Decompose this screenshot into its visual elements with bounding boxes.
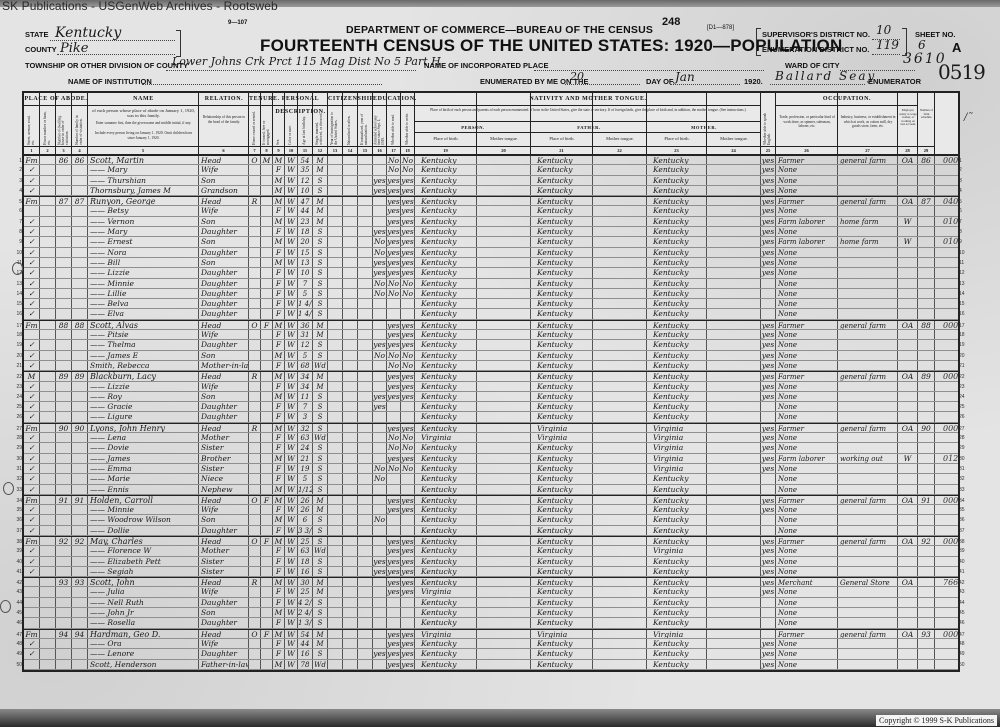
cell-occ: None — [776, 361, 838, 370]
line-number-right: 10 — [959, 248, 970, 258]
cell-fam — [72, 176, 88, 185]
cell-name: —— Julia — [88, 587, 199, 596]
cell-fmt — [593, 639, 647, 648]
cell-house — [40, 649, 56, 658]
cell-sch: yes — [373, 258, 387, 267]
line-number-right: 4 — [959, 186, 970, 196]
line-number-right: 21 — [959, 361, 970, 371]
cell-fpob: Kentucky — [531, 289, 593, 298]
cell-name: —— Betsy — [88, 206, 199, 215]
cell-farm — [918, 587, 935, 596]
cell-mpob: Kentucky — [647, 567, 707, 576]
cell-race: W — [285, 321, 298, 329]
cell-mmt — [707, 578, 761, 586]
column-number: 27 — [838, 146, 897, 154]
line-number-right: 46 — [959, 618, 970, 628]
cell-mpob: Kentucky — [647, 309, 707, 318]
cell-mort — [261, 372, 273, 380]
cell-mort — [261, 186, 273, 195]
cell-nat — [343, 197, 358, 205]
cell-age: 5 — [298, 351, 313, 360]
cell-fmt — [593, 268, 647, 277]
cell-emp — [898, 382, 918, 391]
line-number-right: 3 — [959, 176, 970, 186]
cell-dw: 94 — [56, 630, 72, 638]
cell-mort — [261, 402, 273, 411]
cell-sex: F — [273, 526, 285, 535]
cell-pob: Kentucky — [415, 639, 477, 648]
abode-group: PLACE OF ABODE. — [24, 93, 88, 106]
cell-own — [249, 474, 261, 483]
cell-occ: None — [776, 206, 838, 215]
cell-mt — [477, 237, 531, 246]
cell-mpob: Kentucky — [647, 258, 707, 267]
line-number: 18 — [11, 330, 22, 340]
column-number: 18 — [401, 146, 414, 154]
cell-house — [40, 156, 56, 164]
cell-name: —— Ligure — [88, 412, 199, 421]
cell-mort — [261, 578, 273, 586]
cell-sch — [373, 206, 387, 215]
cell-eng — [761, 618, 776, 627]
cell-read: yes — [387, 392, 401, 401]
cell-street — [24, 660, 40, 669]
cell-age: 54 — [298, 156, 313, 164]
cell-eng — [761, 630, 776, 638]
cell-street: ✓ — [24, 176, 40, 185]
line-number: 7 — [11, 217, 22, 227]
cell-mmt — [707, 197, 761, 205]
cell-mpob: Kentucky — [647, 382, 707, 391]
cell-pob: Kentucky — [415, 382, 477, 391]
cell-occ: None — [776, 299, 838, 308]
cell-fpob: Kentucky — [531, 197, 593, 205]
cell-rel: Mother — [199, 546, 249, 555]
cell-pob: Kentucky — [415, 248, 477, 257]
cell-write: yes — [401, 340, 415, 349]
cell-read: yes — [387, 496, 401, 504]
cell-sex: F — [273, 649, 285, 658]
cell-farm — [918, 567, 935, 576]
cell-pob: Kentucky — [415, 649, 477, 658]
cell-race: W — [285, 485, 298, 494]
cell-pob: Kentucky — [415, 351, 477, 360]
cell-own — [249, 433, 261, 442]
cell-street — [24, 608, 40, 617]
cell-name: —— Bill — [88, 258, 199, 267]
cell-emp — [898, 402, 918, 411]
cell-natyr — [358, 197, 373, 205]
cell-sch: yes — [373, 340, 387, 349]
cell-race: W — [285, 237, 298, 246]
cell-mpob: Kentucky — [647, 526, 707, 535]
cell-occ: Farmer — [776, 537, 838, 545]
cell-farm — [918, 258, 935, 267]
line-number: 49 — [11, 649, 22, 659]
cell-occ: None — [776, 412, 838, 421]
cell-rel: Sister — [199, 464, 249, 473]
cell-fpob: Kentucky — [531, 598, 593, 607]
margin-annotation: 000 — [943, 321, 958, 330]
cell-eng: yes — [761, 206, 776, 215]
cell-eng: yes — [761, 557, 776, 566]
cell-pob: Kentucky — [415, 557, 477, 566]
table-row: 26✓—— LigureDaughterFW3SKentuckyKentucky… — [24, 412, 958, 422]
cell-mort — [261, 505, 273, 514]
cell-mpob: Virginia — [647, 454, 707, 463]
sheet-value: 6 — [918, 38, 926, 52]
cell-age: 1 4/12 — [298, 309, 313, 318]
cell-fam — [72, 309, 88, 318]
cell-imm — [328, 546, 343, 555]
cell-mort — [261, 660, 273, 669]
cell-mpob: Kentucky — [647, 618, 707, 627]
cell-farm: 92 — [918, 537, 935, 545]
cell-fpob: Kentucky — [531, 321, 593, 329]
cell-natyr — [358, 412, 373, 421]
cell-mt — [477, 485, 531, 494]
cell-natyr — [358, 537, 373, 545]
cell-emp: OA — [898, 424, 918, 432]
cell-farm — [918, 557, 935, 566]
cell-natyr — [358, 402, 373, 411]
cell-imm — [328, 496, 343, 504]
cell-mmt — [707, 639, 761, 648]
cell-dw — [56, 299, 72, 308]
cell-natyr — [358, 330, 373, 339]
line-number: 37 — [11, 526, 22, 536]
cell-age: 18 — [298, 227, 313, 236]
cell-street: ✓ — [24, 351, 40, 360]
cell-fmt — [593, 206, 647, 215]
cell-street: ✓ — [24, 186, 40, 195]
cell-write — [401, 526, 415, 535]
cell-street: ✓ — [24, 515, 40, 524]
cell-fmt — [593, 649, 647, 658]
cell-own — [249, 176, 261, 185]
cell-pob: Kentucky — [415, 186, 477, 195]
cell-own — [249, 464, 261, 473]
cell-sch — [373, 537, 387, 545]
cell-mmt — [707, 474, 761, 483]
cell-eng: yes — [761, 197, 776, 205]
margin-annotation: 000 — [943, 156, 958, 165]
cell-race: W — [285, 309, 298, 318]
cell-ms: S — [313, 237, 328, 246]
cell-pob: Kentucky — [415, 402, 477, 411]
cell-mort — [261, 424, 273, 432]
cell-own — [249, 351, 261, 360]
cell-emp — [898, 485, 918, 494]
cell-emp — [898, 546, 918, 555]
cell-ms: S — [313, 279, 328, 288]
relation-description: Relationship of this person to the head … — [201, 115, 247, 124]
cell-pob: Kentucky — [415, 197, 477, 205]
cell-ms: S — [313, 464, 328, 473]
cell-emp — [898, 227, 918, 236]
cell-name: Hardman, Geo D. — [88, 630, 199, 638]
cell-race: W — [285, 598, 298, 607]
enumerated-month-line — [670, 84, 740, 85]
cell-mpob: Kentucky — [647, 206, 707, 215]
place-of-birth-header: Place of birth. — [648, 137, 706, 142]
cell-mort — [261, 546, 273, 555]
cell-ind — [838, 618, 898, 627]
cell-pob: Kentucky — [415, 443, 477, 452]
cell-natyr — [358, 186, 373, 195]
cell-nat — [343, 526, 358, 535]
cell-ms: M — [313, 382, 328, 391]
cell-natyr — [358, 382, 373, 391]
cell-ind — [838, 526, 898, 535]
bottom-border — [0, 709, 1000, 727]
cell-mmt — [707, 258, 761, 267]
cell-ms: S — [313, 649, 328, 658]
cell-natyr — [358, 165, 373, 174]
cell-farm — [918, 618, 935, 627]
cell-race: W — [285, 372, 298, 380]
cell-sex: F — [273, 567, 285, 576]
cell-sex: F — [273, 557, 285, 566]
cell-natyr — [358, 443, 373, 452]
cell-rel: Father-in-law — [199, 660, 249, 669]
cell-sex: F — [273, 443, 285, 452]
cell-nat — [343, 248, 358, 257]
cell-street: ✓ — [24, 392, 40, 401]
cell-read — [387, 474, 401, 483]
cell-mpob: Kentucky — [647, 392, 707, 401]
column-header-eng: Whether able to speak English.25 — [761, 93, 776, 154]
cell-emp: W — [898, 454, 918, 463]
cell-imm — [328, 412, 343, 421]
cell-dw — [56, 330, 72, 339]
cell-race: W — [285, 515, 298, 524]
table-row: 37✓—— DollieDaughterFW3 3/12SKentuckyKen… — [24, 526, 958, 536]
cell-farm: 86 — [918, 156, 935, 164]
cell-ms: M — [313, 156, 328, 164]
cell-write: yes — [401, 424, 415, 432]
cell-mt — [477, 505, 531, 514]
cell-occ: None — [776, 289, 838, 298]
cell-natyr — [358, 515, 373, 524]
cell-emp — [898, 340, 918, 349]
cell-read: yes — [387, 176, 401, 185]
cell-occ: None — [776, 567, 838, 576]
cell-farm: 91 — [918, 496, 935, 504]
cell-dw — [56, 567, 72, 576]
cell-nat — [343, 537, 358, 545]
cell-eng — [761, 289, 776, 298]
cell-write — [401, 402, 415, 411]
cell-sch: No — [373, 474, 387, 483]
cell-dw — [56, 279, 72, 288]
cell-mmt — [707, 526, 761, 535]
cell-imm — [328, 206, 343, 215]
margin-page-number: 0519 — [938, 60, 985, 84]
cell-ind — [838, 392, 898, 401]
mother-tongue-header: Mother tongue. — [478, 137, 530, 142]
table-row: 36✓—— Woodrow WilsonSonMW6SNoKentuckyKen… — [24, 515, 958, 525]
cell-fpob: Kentucky — [531, 361, 593, 370]
personal-description-group: PERSONAL DESCRIPTION. — [273, 93, 328, 106]
cell-eng: yes — [761, 464, 776, 473]
line-number: 43 — [11, 587, 22, 597]
cell-name: Smith, Rebecca — [88, 361, 199, 370]
cell-ind: general farm — [838, 197, 898, 205]
cell-write — [401, 485, 415, 494]
column-number: 6 — [199, 146, 248, 154]
cell-read: yes — [387, 505, 401, 514]
cell-mt — [477, 361, 531, 370]
cell-fmt — [593, 424, 647, 432]
occupation-trade-header: Trade, profession, or particular kind of… — [778, 115, 836, 129]
township-value: Lower Johns Crk Prct 115 Mag Dist No 5 P… — [172, 55, 441, 68]
cell-street: ✓ — [24, 289, 40, 298]
cell-sch — [373, 526, 387, 535]
cell-mmt — [707, 557, 761, 566]
cell-race: W — [285, 402, 298, 411]
cell-age: 15 — [298, 248, 313, 257]
cell-pob: Virginia — [415, 587, 477, 596]
column-number: 21 — [531, 146, 592, 154]
cell-race: W — [285, 557, 298, 566]
cell-mmt — [707, 660, 761, 669]
cell-own: O — [249, 630, 261, 638]
cell-age: 18 — [298, 557, 313, 566]
cell-read: yes — [387, 382, 401, 391]
cell-mpob: Kentucky — [647, 660, 707, 669]
cell-house — [40, 165, 56, 174]
table-row: 429393Scott, JohnHeadRMW30MyesyesKentuck… — [24, 577, 958, 587]
cell-mpob: Virginia — [647, 464, 707, 473]
line-number: 41 — [11, 567, 22, 577]
incorporated-place-label: Name of incorporated place — [424, 61, 548, 70]
cell-ms: S — [313, 443, 328, 452]
cell-pob: Kentucky — [415, 474, 477, 483]
cell-age: 3 3/12 — [298, 526, 313, 535]
cell-sex: F — [273, 505, 285, 514]
cell-race: W — [285, 537, 298, 545]
cell-age: 12 — [298, 340, 313, 349]
cell-fpob: Kentucky — [531, 608, 593, 617]
cell-sch — [373, 443, 387, 452]
table-row: 21✓Smith, RebeccaMother-in-lawFW68WdNoNo… — [24, 361, 958, 371]
cell-own: O — [249, 321, 261, 329]
table-row: 6—— BetsyWifeFW44MyesyesKentuckyKentucky… — [24, 206, 958, 216]
cell-mpob: Kentucky — [647, 289, 707, 298]
line-number-right: 6 — [959, 206, 970, 216]
cell-race: W — [285, 156, 298, 164]
cell-sch: No — [373, 351, 387, 360]
cell-pob: Kentucky — [415, 206, 477, 215]
state-label: State — [25, 30, 48, 39]
cell-sch — [373, 618, 387, 627]
cell-fpob: Kentucky — [531, 217, 593, 226]
line-number: 32 — [11, 474, 22, 484]
mother-subgroup: MOTHER. — [647, 121, 761, 133]
cell-imm — [328, 330, 343, 339]
cell-rel: Daughter — [199, 412, 249, 421]
cell-fpob: Kentucky — [531, 248, 593, 257]
cell-fpob: Kentucky — [531, 237, 593, 246]
column-number: 16 — [373, 146, 386, 154]
cell-nat — [343, 156, 358, 164]
cell-write: No — [401, 443, 415, 452]
cell-street: ✓ — [24, 567, 40, 576]
cell-ms: S — [313, 598, 328, 607]
cell-nat — [343, 227, 358, 236]
cell-nat — [343, 340, 358, 349]
cell-fmt — [593, 176, 647, 185]
cell-fam — [72, 546, 88, 555]
line-number-right: 12 — [959, 268, 970, 278]
cell-mort — [261, 382, 273, 391]
cell-mort — [261, 217, 273, 226]
cell-own — [249, 289, 261, 298]
cell-dw — [56, 474, 72, 483]
cell-fpob: Kentucky — [531, 176, 593, 185]
line-number-right: 32 — [959, 474, 970, 484]
cell-own — [249, 330, 261, 339]
cell-name: Lyons, John Henry — [88, 424, 199, 432]
cell-natyr — [358, 424, 373, 432]
cell-rel: Wife — [199, 587, 249, 596]
cell-emp: OA — [898, 321, 918, 329]
cell-age: 36 — [298, 321, 313, 329]
cell-occ: None — [776, 505, 838, 514]
cell-sex: F — [273, 309, 285, 318]
column-number: 11 — [298, 146, 312, 154]
cell-read — [387, 485, 401, 494]
cell-fpob: Virginia — [531, 424, 593, 432]
cell-street: ✓ — [24, 258, 40, 267]
cell-mort — [261, 361, 273, 370]
cell-name: —— Ernest — [88, 237, 199, 246]
farm-schedule-header: Number of farm schedule. — [919, 109, 934, 120]
cell-name: —— Belva — [88, 299, 199, 308]
cell-read: yes — [387, 330, 401, 339]
cell-write: yes — [401, 537, 415, 545]
cell-name: —— Vernon — [88, 217, 199, 226]
cell-fmt — [593, 485, 647, 494]
cell-nat — [343, 496, 358, 504]
cell-rel: Daughter — [199, 227, 249, 236]
cell-natyr — [358, 372, 373, 380]
cell-fmt — [593, 197, 647, 205]
cell-own: O — [249, 496, 261, 504]
cell-fam — [72, 505, 88, 514]
cell-natyr — [358, 587, 373, 596]
cell-fmt — [593, 217, 647, 226]
cell-name: —— James — [88, 454, 199, 463]
line-number: 23 — [11, 382, 22, 392]
table-row: 15✓—— BelvaDaughterFW1 4/12SKentuckyKent… — [24, 299, 958, 309]
sheet-letter: A — [952, 40, 961, 55]
cell-fpob: Virginia — [531, 433, 593, 442]
cell-fam — [72, 217, 88, 226]
cell-mmt — [707, 515, 761, 524]
cell-mmt — [707, 279, 761, 288]
cell-mmt — [707, 206, 761, 215]
cell-imm — [328, 372, 343, 380]
column-number: 22 — [593, 146, 646, 154]
column-header-text: Attended school any time since Sept. 1, … — [374, 111, 385, 145]
cell-emp — [898, 392, 918, 401]
cell-race: W — [285, 289, 298, 298]
cell-fpob: Kentucky — [531, 474, 593, 483]
cell-write: yes — [401, 496, 415, 504]
cell-nat — [343, 505, 358, 514]
